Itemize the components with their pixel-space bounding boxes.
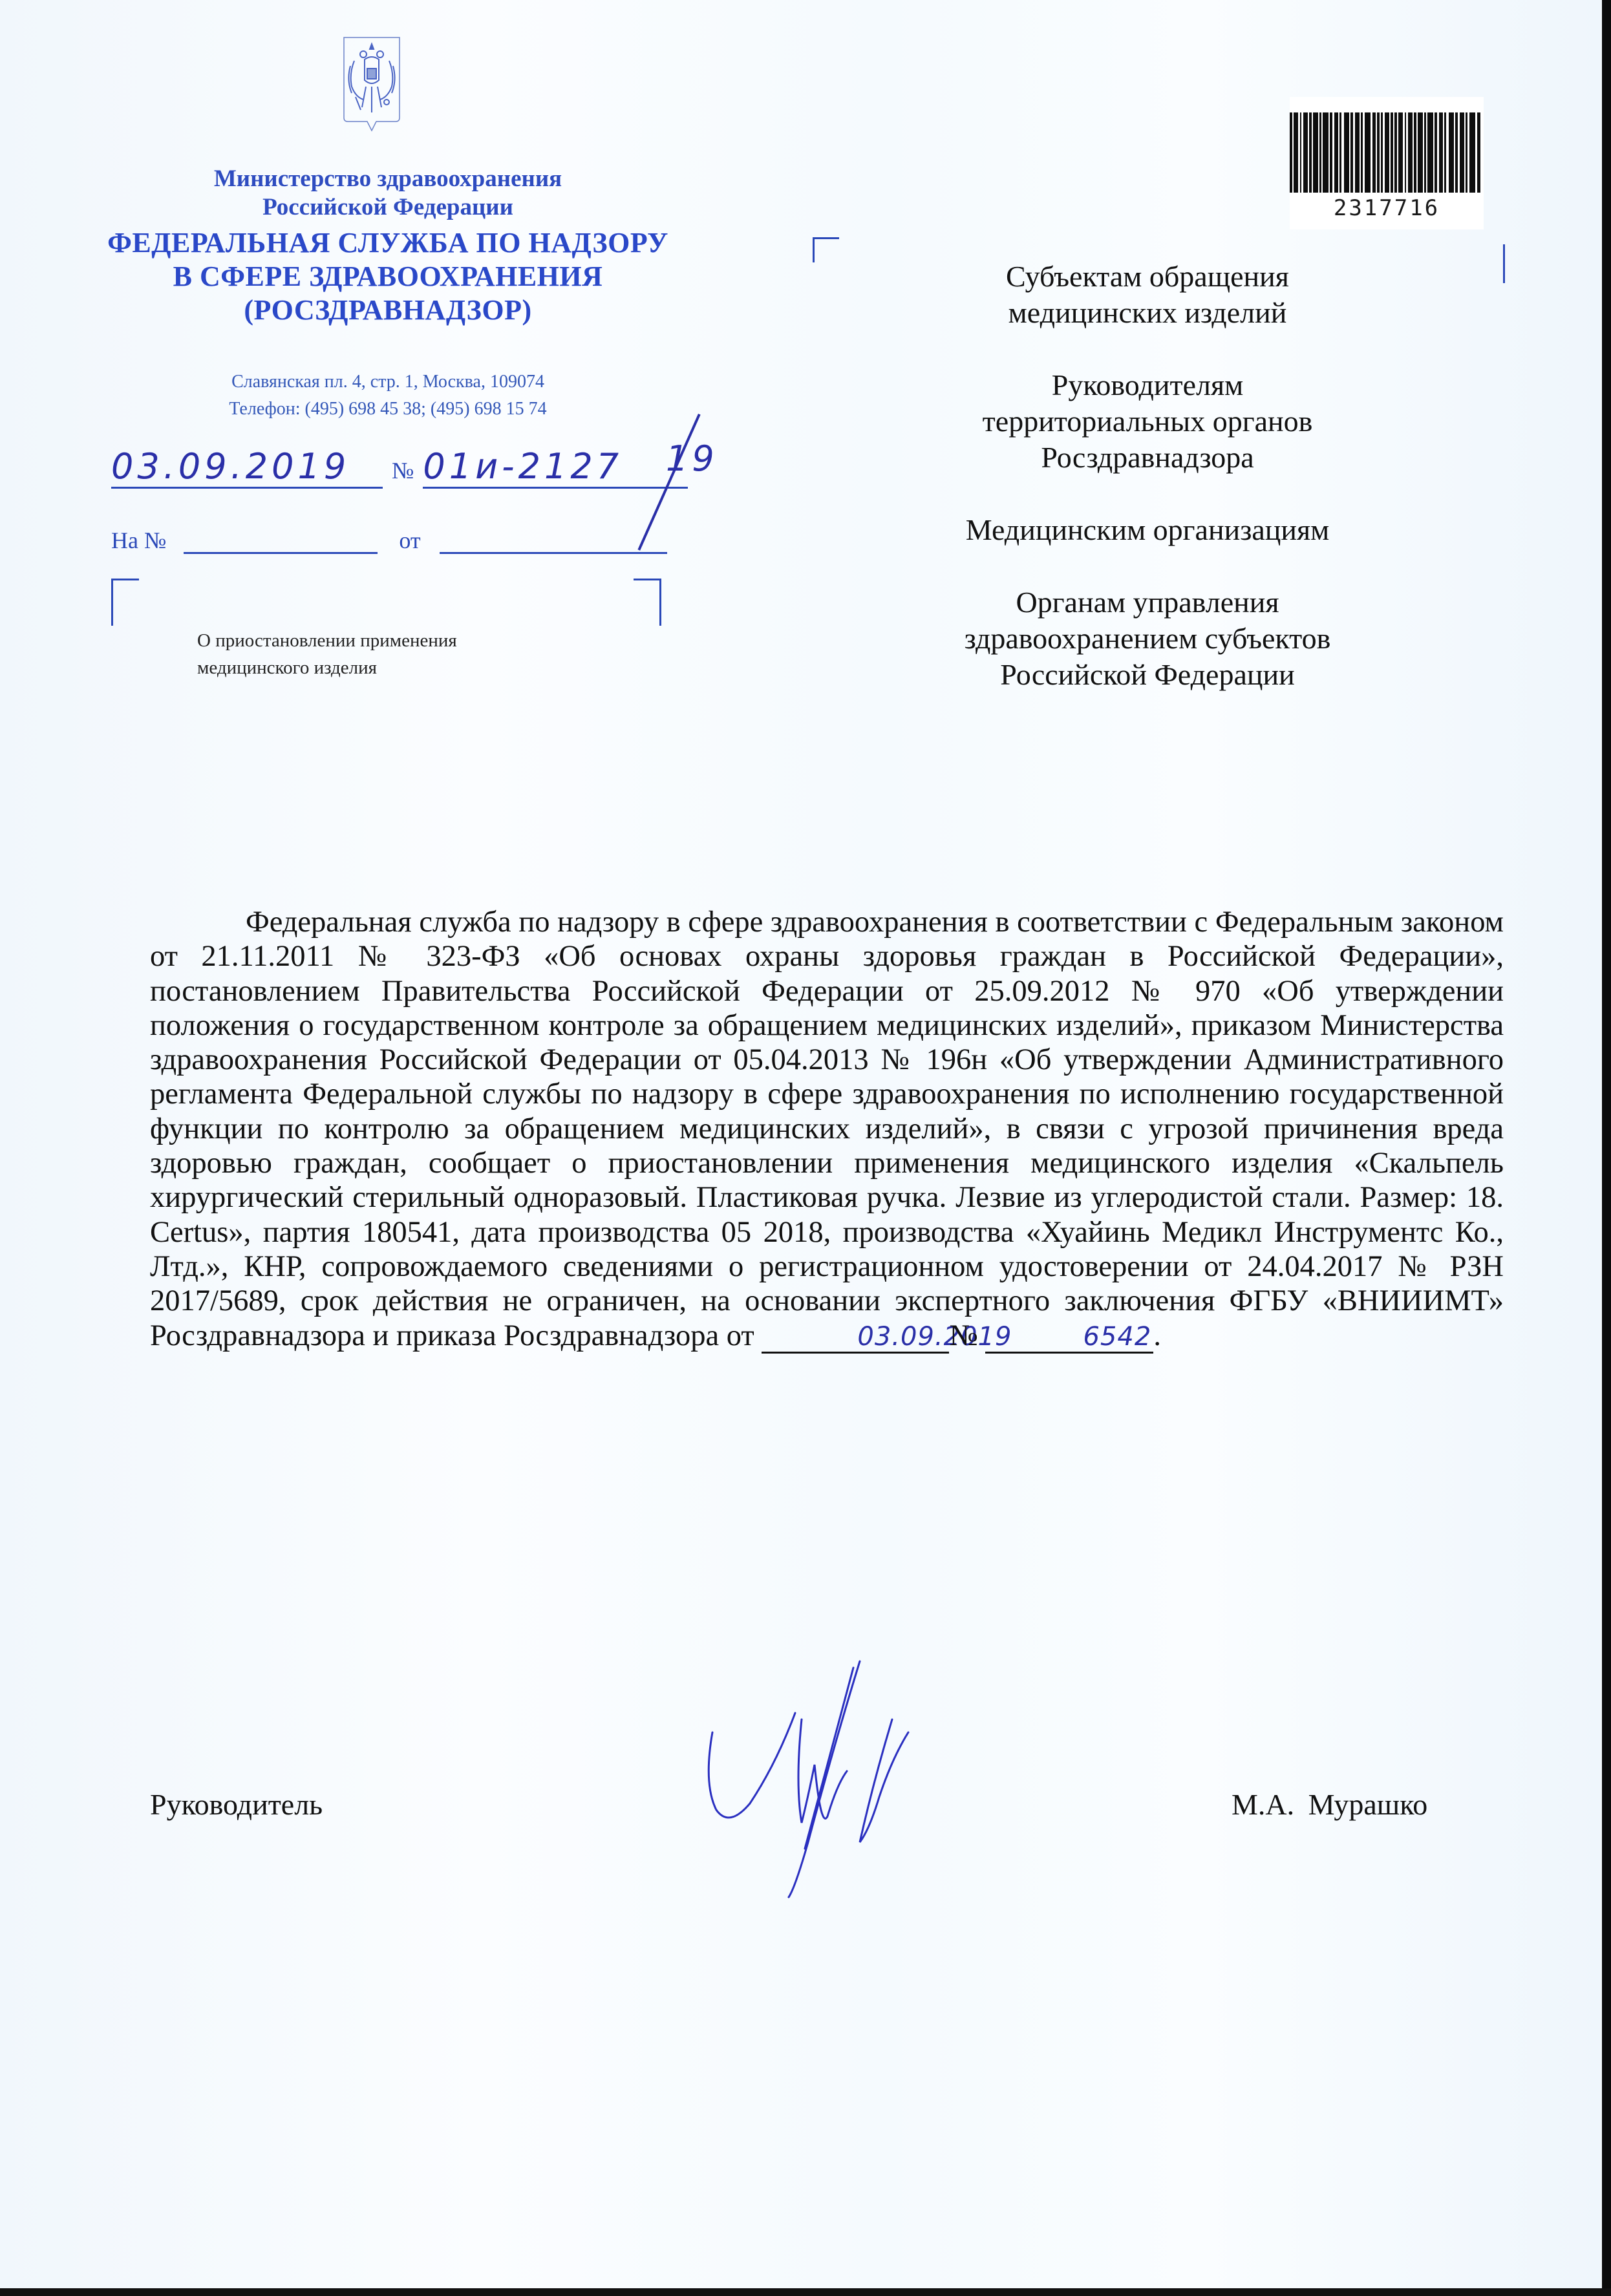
ministry-name: Министерство здравоохранения Российской …: [97, 165, 679, 222]
signatory-name: М.А. Мурашко: [1232, 1787, 1427, 1822]
ref-date-field: [440, 533, 667, 554]
subject-line: медицинского изделия: [197, 654, 457, 681]
corner-mark: [111, 579, 139, 626]
addressee: Руководителям территориальных органов Ро…: [873, 367, 1422, 476]
barcode-bar: [1385, 112, 1389, 193]
letter-body: Федеральная служба по надзору в сфере зд…: [150, 905, 1504, 1354]
ref-number-field: [184, 533, 378, 554]
addressee-line: Органам управления: [873, 584, 1422, 621]
agency-line: ФЕДЕРАЛЬНАЯ СЛУЖБА ПО НАДЗОРУ: [97, 226, 679, 260]
addressee-line: медицинских изделий: [873, 295, 1422, 331]
barcode-bar: [1323, 112, 1328, 193]
ministry-line: Российской Федерации: [97, 193, 679, 222]
barcode-bar: [1460, 112, 1464, 193]
reference-line: На № от: [111, 527, 667, 554]
scan-edge: [0, 2288, 1611, 2296]
barcode-bar: [1398, 112, 1403, 193]
subject-line: О приостановлении применения: [197, 627, 457, 654]
barcode-bar: [1344, 112, 1349, 193]
addressee-line: Руководителям: [873, 367, 1422, 403]
addressees: Субъектам обращения медицинских изделий …: [873, 259, 1422, 729]
scan-edge: [1602, 0, 1611, 2296]
barcode-bar: [1313, 112, 1318, 193]
letter-page: Министерство здравоохранения Российской …: [0, 0, 1601, 2288]
barcode-bar: [1294, 112, 1298, 193]
handwritten-signature-icon: [698, 1655, 931, 1900]
addressee: Органам управления здравоохранением субъ…: [873, 584, 1422, 693]
corner-mark: [634, 579, 661, 626]
ref-label: На №: [111, 527, 166, 553]
number-sign: №: [392, 458, 414, 484]
period: .: [1153, 1319, 1161, 1352]
corner-mark: [813, 237, 839, 262]
barcode-number: 2317716: [1290, 195, 1484, 221]
barcode: 2317716: [1290, 97, 1484, 229]
registration-number-suffix: 19: [666, 438, 718, 479]
barcode-bars: [1290, 112, 1484, 193]
addressee-line: Медицинским организациям: [873, 512, 1422, 548]
barcode-bar: [1355, 112, 1360, 193]
agency-line: В СФЕРЕ ЗДРАВООХРАНЕНИЯ: [97, 260, 679, 293]
addressee-line: территориальных органов: [873, 403, 1422, 440]
barcode-bar: [1365, 112, 1371, 193]
registration-line: 03.09.2019№01и-2127: [111, 446, 688, 491]
barcode-bar: [1469, 112, 1475, 193]
agency-name: ФЕДЕРАЛЬНАЯ СЛУЖБА ПО НАДЗОРУ В СФЕРЕ ЗД…: [97, 226, 679, 327]
addressee-line: здравоохранением субъектов: [873, 621, 1422, 657]
barcode-bar: [1449, 112, 1454, 193]
phone-line: Телефон: (495) 698 45 38; (495) 698 15 7…: [97, 396, 679, 423]
order-date: 03.09.2019: [762, 1322, 949, 1354]
barcode-bar: [1427, 112, 1433, 193]
ministry-line: Министерство здравоохранения: [97, 165, 679, 193]
addressee-line: Субъектам обращения: [873, 259, 1422, 295]
barcode-bar: [1408, 112, 1413, 193]
agency-line: (РОСЗДРАВНАДЗОР): [97, 293, 679, 327]
coat-of-arms-icon: [341, 35, 402, 132]
subject-text: О приостановлении применения медицинског…: [197, 627, 457, 681]
agency-address: Славянская пл. 4, стр. 1, Москва, 109074…: [97, 368, 679, 423]
barcode-bar: [1303, 112, 1308, 193]
addressee-line: Российской Федерации: [873, 657, 1422, 693]
order-number: 6542: [985, 1322, 1153, 1354]
addressee: Субъектам обращения медицинских изделий: [873, 259, 1422, 331]
addressee-line: Росздравнадзора: [873, 440, 1422, 476]
signatory-title: Руководитель: [150, 1787, 323, 1822]
barcode-bar: [1418, 112, 1423, 193]
registration-number: 01и-2127: [423, 446, 688, 489]
number-sign: №: [949, 1319, 977, 1352]
address-line: Славянская пл. 4, стр. 1, Москва, 109074: [97, 368, 679, 396]
registration-date: 03.09.2019: [111, 446, 383, 489]
body-paragraph: Федеральная служба по надзору в сфере зд…: [150, 906, 1504, 1352]
corner-mark: [1503, 244, 1505, 283]
addressee: Медицинским организациям: [873, 512, 1422, 548]
from-label: от: [399, 527, 420, 553]
